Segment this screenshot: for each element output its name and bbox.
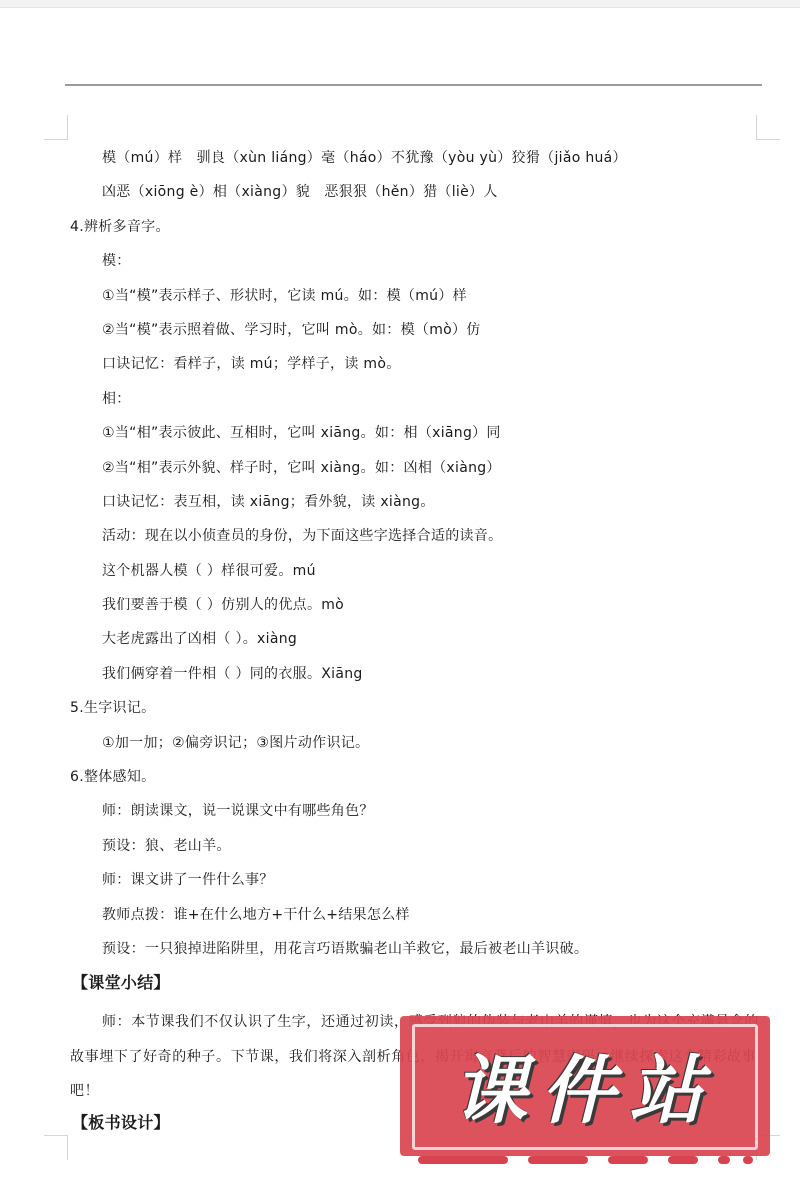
- exercise-item: 我们要善于模（ ）仿别人的优点。mò: [70, 593, 770, 627]
- xiang-label: 相：: [70, 387, 770, 421]
- xiang-mnemonic: 口诀记忆：表互相，读 xiāng；看外貌，读 xiàng。: [70, 490, 770, 524]
- crop-mark-top-right: [756, 115, 780, 140]
- section-6-line: 预设：一只狼掉进陷阱里，用花言巧语欺骗老山羊救它，最后被老山羊识破。: [70, 937, 770, 971]
- stamp-ink-splatter: [418, 1156, 758, 1166]
- crop-mark-bottom-left: [44, 1135, 68, 1160]
- stamp-text: 课件站: [400, 1046, 770, 1136]
- xiang-rule-2: ②当“相”表示外貌、样子时，它叫 xiàng。如：凶相（xiàng）: [70, 456, 770, 490]
- section-6-line: 预设：狼、老山羊。: [70, 834, 770, 868]
- mo-mnemonic: 口诀记忆：看样子，读 mú；学样子，读 mò。: [70, 352, 770, 386]
- pinyin-line-1: 模（mú）样 驯良（xùn liáng）毫（háo）不犹豫（yòu yù）狡猾（…: [70, 146, 770, 180]
- summary-heading: 【课堂小结】: [70, 971, 770, 1005]
- pinyin-line-2: 凶恶（xiōng è）相（xiàng）貌 恶狠狠（hěn）猎（liè）人: [70, 180, 770, 214]
- section-4-title: 4.辨析多音字。: [70, 215, 770, 249]
- document-body: 模（mú）样 驯良（xùn liáng）毫（háo）不犹豫（yòu yù）狡猾（…: [70, 146, 770, 1145]
- section-5-content: ①加一加；②偏旁识记；③图片动作识记。: [70, 731, 770, 765]
- window-top-strip: [0, 0, 800, 8]
- xiang-rule-1: ①当“相”表示彼此、互相时，它叫 xiāng。如：相（xiāng）同: [70, 421, 770, 455]
- exercise-item: 大老虎露出了凶相（ ）。xiàng: [70, 627, 770, 661]
- section-6-line: 师：朗读课文，说一说课文中有哪些角色？: [70, 799, 770, 833]
- crop-mark-top-left: [44, 115, 68, 140]
- page-header-rule: [65, 84, 762, 86]
- mo-rule-2: ②当“模”表示照着做、学习时，它叫 mò。如：模（mò）仿: [70, 318, 770, 352]
- mo-label: 模：: [70, 249, 770, 283]
- section-6-title: 6.整体感知。: [70, 765, 770, 799]
- mo-rule-1: ①当“模”表示样子、形状时，它读 mú。如：模（mú）样: [70, 284, 770, 318]
- section-6-line: 师：课文讲了一件什么事？: [70, 868, 770, 902]
- exercise-item: 我们俩穿着一件相（ ）同的衣服。Xiāng: [70, 662, 770, 696]
- activity-instruction: 活动：现在以小侦查员的身份，为下面这些字选择合适的读音。: [70, 524, 770, 558]
- watermark-stamp: 课件站: [400, 1016, 770, 1168]
- section-5-title: 5.生字识记。: [70, 696, 770, 730]
- section-6-line: 教师点拨：谁+在什么地方+干什么+结果怎么样: [70, 903, 770, 937]
- exercise-item: 这个机器人模（ ）样很可爱。mú: [70, 559, 770, 593]
